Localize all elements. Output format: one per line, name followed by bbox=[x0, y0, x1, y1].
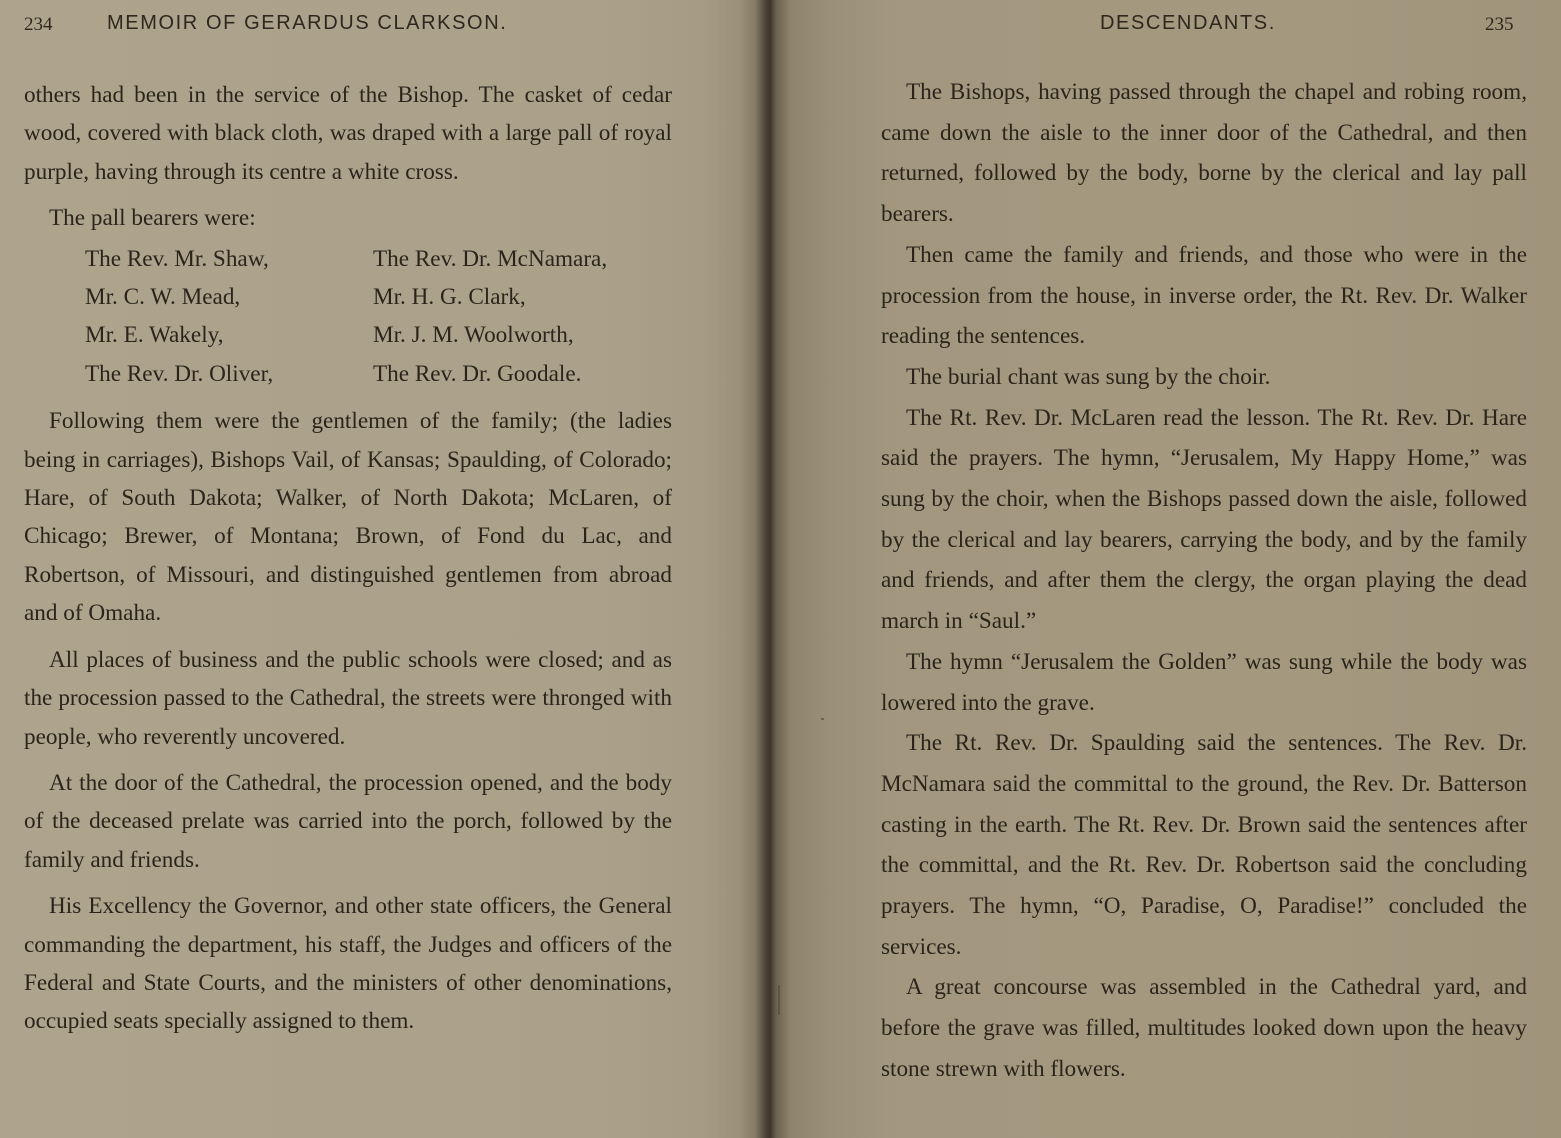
running-head-right: DESCENDANTS. bbox=[1100, 12, 1276, 35]
paragraph: The Rt. Rev. Dr. McLaren read the lesson… bbox=[881, 398, 1527, 642]
pall-bearer-name: The Rev. Dr. Goodale. bbox=[373, 355, 673, 393]
pall-bearer-name: Mr. H. G. Clark, bbox=[373, 278, 673, 316]
paragraph: The burial chant was sung by the choir. bbox=[881, 357, 1527, 398]
pall-bearer-name: Mr. E. Wakely, bbox=[85, 316, 373, 354]
right-page-body: The Bishops, having passed through the c… bbox=[881, 72, 1527, 1090]
pall-bearer-name: The Rev. Dr. McNamara, bbox=[373, 240, 673, 278]
page-number-right: 235 bbox=[1485, 14, 1514, 36]
book-spread: 234 MEMOIR OF GERARDUS CLARKSON. others … bbox=[0, 0, 1561, 1138]
paragraph: Following them were the gentlemen of the… bbox=[24, 402, 672, 632]
left-page: 234 MEMOIR OF GERARDUS CLARKSON. others … bbox=[0, 0, 760, 1138]
right-page: DESCENDANTS. 235 The Bishops, having pas… bbox=[780, 0, 1561, 1138]
pall-bearer-name: The Rev. Mr. Shaw, bbox=[85, 240, 373, 278]
running-head-left: MEMOIR OF GERARDUS CLARKSON. bbox=[107, 12, 507, 35]
paragraph: At the door of the Cathedral, the proces… bbox=[24, 764, 672, 879]
paragraph: Then came the family and friends, and th… bbox=[881, 235, 1527, 357]
paragraph: A great concourse was assembled in the C… bbox=[881, 967, 1527, 1089]
pall-bearer-name: Mr. J. M. Woolworth, bbox=[373, 316, 673, 354]
paragraph: others had been in the service of the Bi… bbox=[24, 76, 672, 191]
paragraph: His Excellency the Governor, and other s… bbox=[24, 887, 672, 1041]
paragraph: The hymn “Jerusalem the Golden” was sung… bbox=[881, 642, 1527, 723]
pall-bearers-list: The Rev. Mr. Shaw, The Rev. Dr. McNamara… bbox=[85, 240, 672, 394]
paragraph: The Bishops, having passed through the c… bbox=[881, 72, 1527, 235]
page-number-left: 234 bbox=[24, 14, 53, 36]
pall-bearer-name: Mr. C. W. Mead, bbox=[85, 278, 373, 316]
paragraph: All places of business and the public sc… bbox=[24, 641, 672, 756]
left-page-body: others had been in the service of the Bi… bbox=[24, 76, 672, 1041]
pall-bearers-intro: The pall bearers were: bbox=[24, 199, 672, 237]
paragraph: The Rt. Rev. Dr. Spaulding said the sent… bbox=[881, 723, 1527, 967]
pall-bearer-name: The Rev. Dr. Oliver, bbox=[85, 355, 373, 393]
